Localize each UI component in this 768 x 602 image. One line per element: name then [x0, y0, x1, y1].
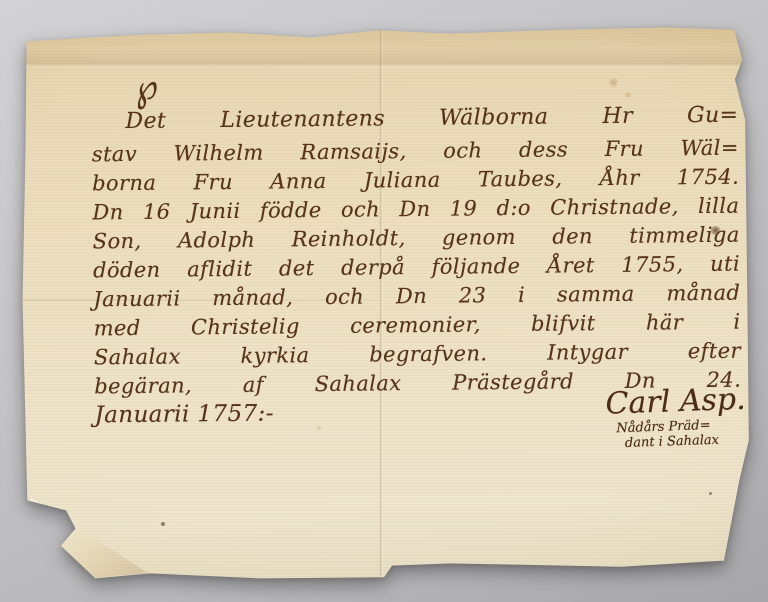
ink-stain	[608, 77, 619, 88]
paper-speck	[709, 492, 712, 495]
paper-speck	[161, 522, 165, 526]
photo-background: ℘ Det Lieutenantens Wälborna Hr Gu= stav…	[0, 0, 768, 602]
handwritten-text-block: Det Lieutenantens Wälborna Hr Gu= stav W…	[91, 101, 741, 431]
signature-title-line2: dant i Sahalax	[625, 431, 757, 451]
top-fold-crease	[20, 27, 751, 67]
signature-name: Carl Asp.	[605, 382, 756, 421]
pen-flourish-mark: ℘	[126, 66, 161, 111]
manuscript-paper: ℘ Det Lieutenantens Wälborna Hr Gu= stav…	[20, 27, 751, 580]
manuscript-line: Det Lieutenantens Wälborna Hr Gu=	[91, 101, 738, 137]
bottom-left-corner-fold	[26, 495, 148, 579]
signature-block: Carl Asp. Nådårs Präd= dant i Sahalax	[605, 382, 757, 451]
paper-sheet: ℘ Det Lieutenantens Wälborna Hr Gu= stav…	[20, 27, 751, 580]
ink-stain	[624, 91, 632, 99]
